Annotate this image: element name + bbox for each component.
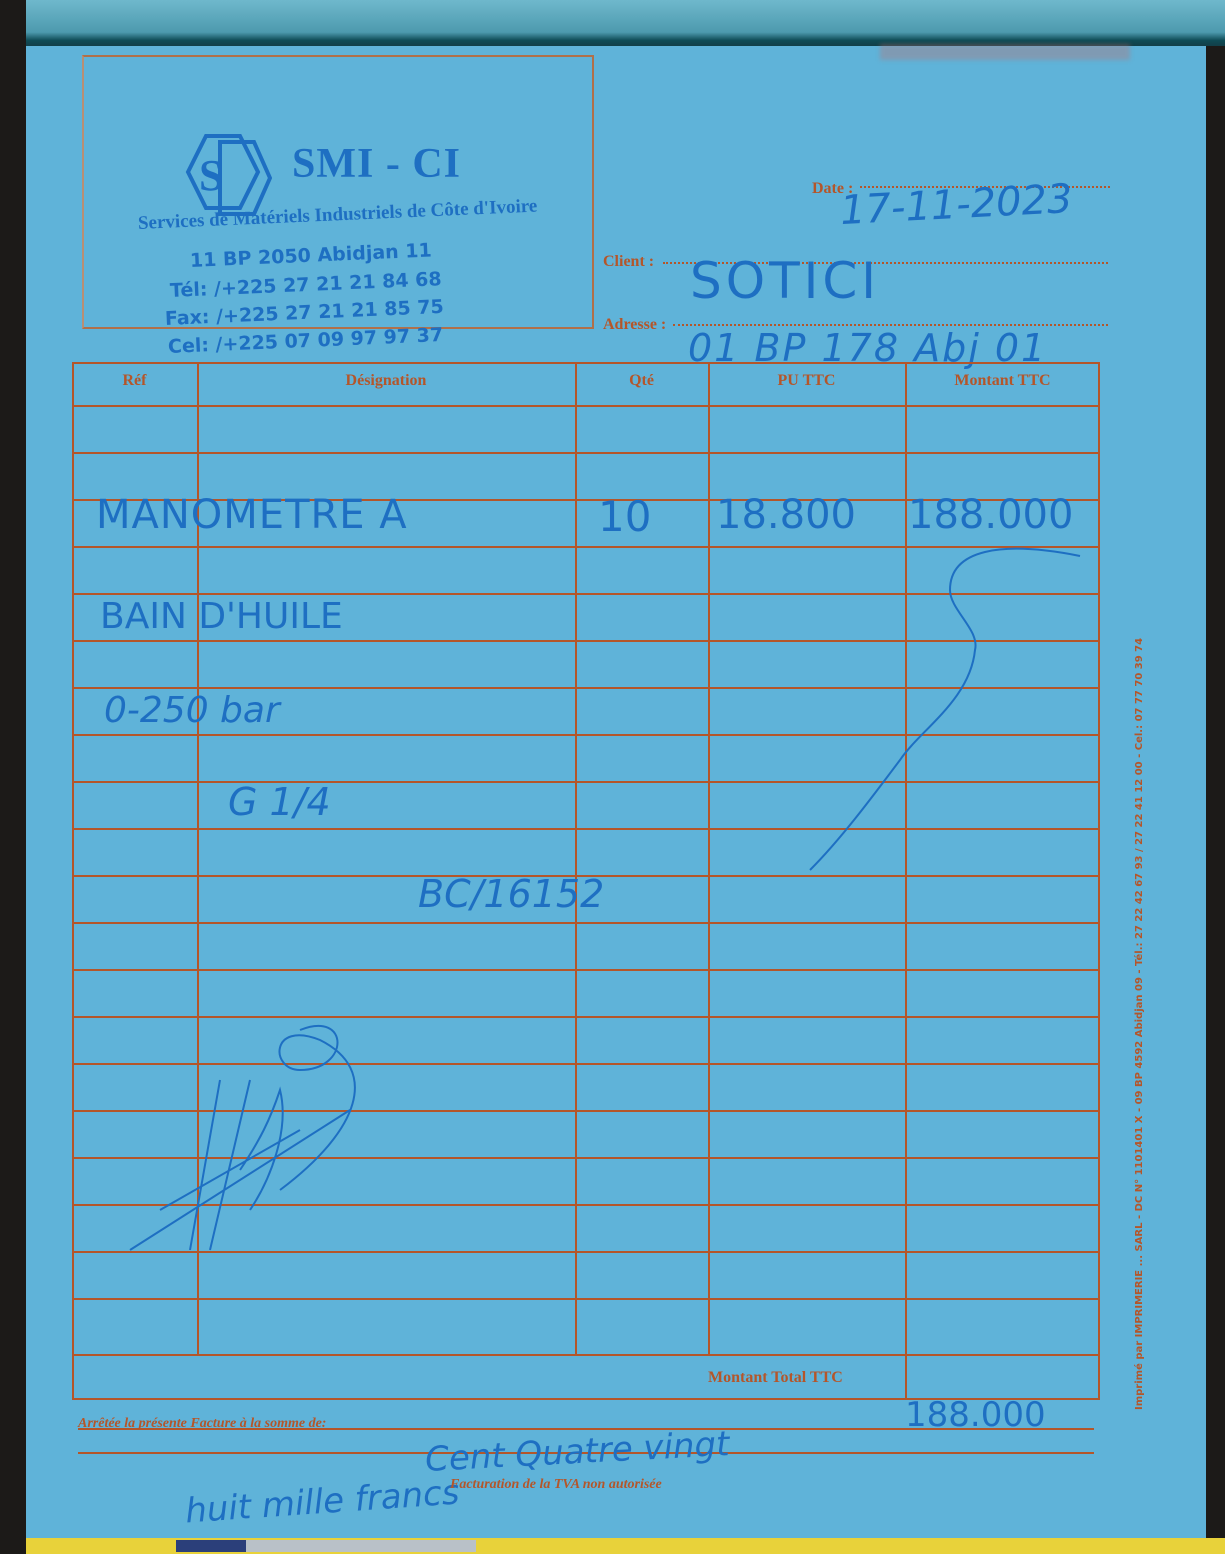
printer-imprint: Imprimé par IMPRIMERIE ... SARL - DC N° … xyxy=(1134,638,1145,1410)
signature xyxy=(100,1010,400,1270)
line-item-designation-2[interactable]: BAIN D'HUILE xyxy=(100,596,343,637)
column-header-amount: Montant TTC xyxy=(905,372,1100,390)
underlying-page-strip xyxy=(26,1538,1225,1554)
binding-edge xyxy=(26,0,1225,46)
line-item-designation-5[interactable]: BC/16152 xyxy=(418,872,604,916)
logo-letter: S xyxy=(199,150,223,201)
company-name: SMI - CI xyxy=(292,140,461,188)
client-label: Client : xyxy=(603,253,654,271)
faded-invoice-number-stamp xyxy=(880,44,1130,60)
line-item-amount[interactable]: 188.000 xyxy=(908,492,1073,538)
line-item-qty[interactable]: 10 xyxy=(598,492,651,541)
line-item-designation[interactable]: MANOMETRE A xyxy=(96,492,408,538)
scan-edge xyxy=(1206,46,1225,1538)
total-label: Montant Total TTC xyxy=(708,1369,843,1387)
address-label: Adresse : xyxy=(603,316,666,334)
bracket-stroke xyxy=(800,540,1100,880)
total-value[interactable]: 188.000 xyxy=(905,1395,1046,1435)
line-item-unit-price[interactable]: 18.800 xyxy=(716,492,856,538)
column-header-ref: Réf xyxy=(72,372,197,390)
column-header-designation: Désignation xyxy=(197,372,575,390)
line-item-designation-3[interactable]: 0-250 bar xyxy=(104,690,280,731)
client-value[interactable]: SOTICI xyxy=(690,252,880,310)
column-header-qty: Qté xyxy=(575,372,708,390)
vat-notice: Facturation de la TVA non autorisée xyxy=(450,1477,662,1493)
column-header-unit-price: PU TTC xyxy=(708,372,905,390)
line-item-designation-4[interactable]: G 1/4 xyxy=(228,780,331,824)
